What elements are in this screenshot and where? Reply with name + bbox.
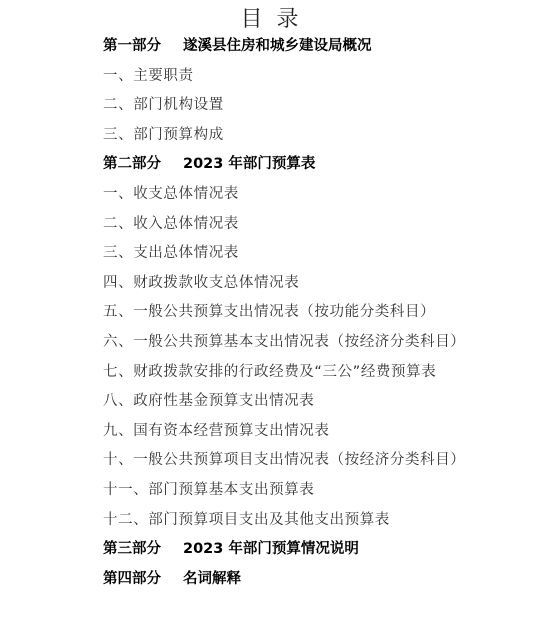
toc-item[interactable]: 十一、部门预算基本支出预算表 — [103, 480, 465, 510]
toc-item[interactable]: 二、收入总体情况表 — [103, 214, 465, 244]
toc-item[interactable]: 三、部门预算构成 — [103, 125, 465, 155]
part-title: 遂溪县住房和城乡建设局概况 — [183, 38, 372, 54]
table-of-contents: 第一部分遂溪县住房和城乡建设局概况 一、主要职责 二、部门机构设置 三、部门预算… — [103, 36, 465, 598]
toc-item[interactable]: 三、支出总体情况表 — [103, 243, 465, 273]
toc-item[interactable]: 一、收支总体情况表 — [103, 184, 465, 214]
part-title: 名词解释 — [183, 571, 241, 587]
part-prefix: 第二部分 — [103, 156, 161, 172]
toc-item[interactable]: 四、财政拨款收支总体情况表 — [103, 273, 465, 303]
part-prefix: 第四部分 — [103, 571, 161, 587]
part-title: 2023 年部门预算表 — [183, 156, 315, 172]
toc-part-1[interactable]: 第一部分遂溪县住房和城乡建设局概况 — [103, 36, 465, 66]
toc-item[interactable]: 二、部门机构设置 — [103, 95, 465, 125]
part-prefix: 第三部分 — [103, 541, 161, 557]
toc-item[interactable]: 五、一般公共预算支出情况表（按功能分类科目） — [103, 302, 465, 332]
toc-item[interactable]: 十二、部门预算项目支出及其他支出预算表 — [103, 510, 465, 540]
part-title: 2023 年部门预算情况说明 — [183, 541, 359, 557]
toc-item[interactable]: 九、国有资本经营预算支出情况表 — [103, 421, 465, 451]
part-prefix: 第一部分 — [103, 38, 161, 54]
toc-item[interactable]: 一、主要职责 — [103, 66, 465, 96]
toc-item[interactable]: 八、政府性基金预算支出情况表 — [103, 391, 465, 421]
toc-item[interactable]: 七、财政拨款安排的行政经费及“三公”经费预算表 — [103, 362, 465, 392]
toc-part-3[interactable]: 第三部分2023 年部门预算情况说明 — [103, 539, 465, 569]
toc-part-2[interactable]: 第二部分2023 年部门预算表 — [103, 154, 465, 184]
toc-item[interactable]: 六、一般公共预算基本支出情况表（按经济分类科目） — [103, 332, 465, 362]
toc-item[interactable]: 十、一般公共预算项目支出情况表（按经济分类科目） — [103, 450, 465, 480]
toc-part-4[interactable]: 第四部分名词解释 — [103, 569, 465, 599]
page-title: 目录 — [0, 2, 539, 33]
